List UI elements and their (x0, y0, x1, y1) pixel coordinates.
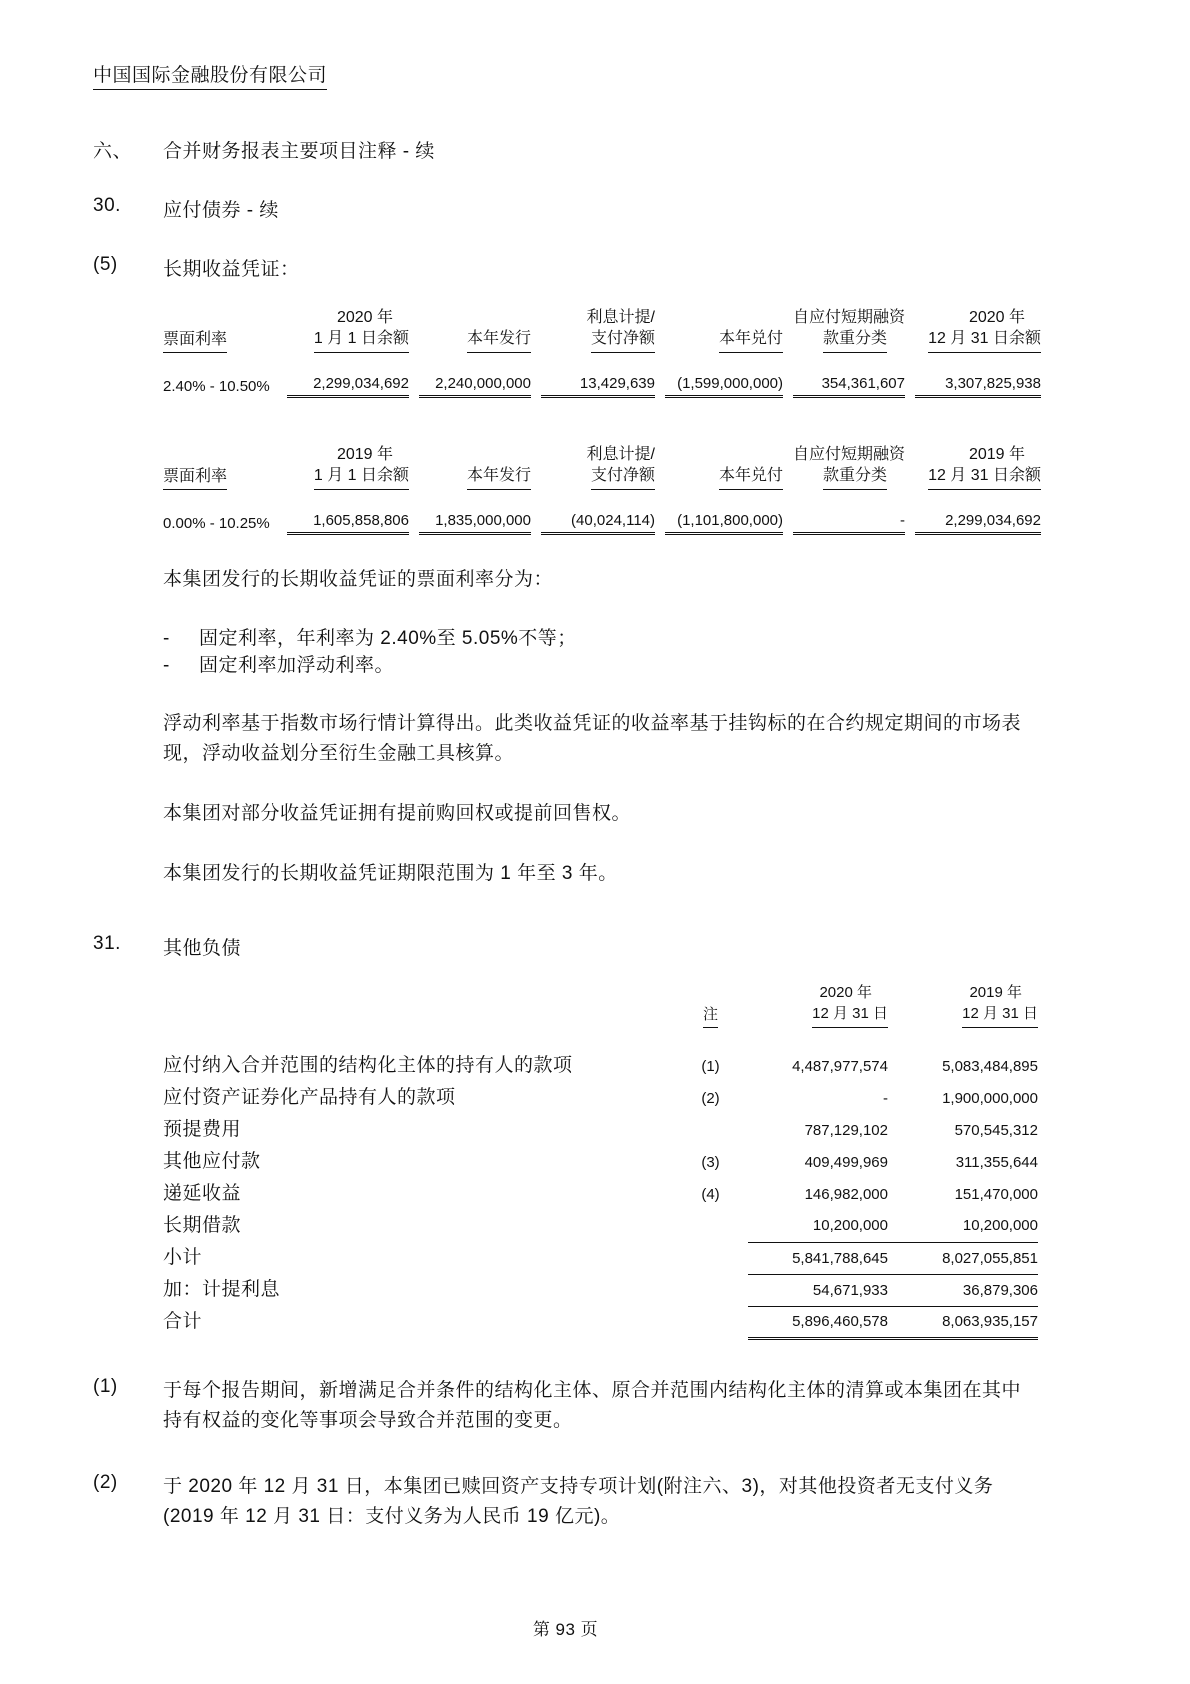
company-name: 中国国际金融股份有限公司 (93, 60, 327, 90)
closing-balance: 2,299,034,692 (915, 490, 1041, 535)
value-2020: 5,896,460,578 (748, 1306, 888, 1338)
value-2019: 8,027,055,851 (888, 1242, 1038, 1274)
row-note (673, 1306, 748, 1338)
footnote-2: (2) 于 2020 年 12 月 31 日，本集团已赎回资产支持专项计划(附注… (93, 1472, 1038, 1532)
value-2020: - (748, 1082, 888, 1114)
header-interest: 利息计提/ 支付净额 (541, 444, 655, 490)
reclassified: - (793, 490, 905, 535)
row-note: (3) (673, 1146, 748, 1178)
list-item: - 固定利率加浮动利率。 (163, 652, 1051, 679)
footnote-number: (2) (93, 1472, 163, 1532)
row-label: 小计 (163, 1242, 673, 1274)
reclassified: 354,361,607 (793, 353, 905, 398)
row-label: 应付资产证券化产品持有人的款项 (163, 1082, 673, 1114)
other-liabilities-table: 注 2020 年 12 月 31 日 2019 年 12 月 31 日 应付纳入 (163, 982, 1038, 1340)
header-issued: 本年发行 (419, 307, 531, 353)
footnote-1: (1) 于每个报告期间，新增满足合并条件的结构化主体、原合并范围内结构化主体的清… (93, 1376, 1038, 1436)
row-label: 加：计提利息 (163, 1274, 673, 1306)
row-label: 预提费用 (163, 1114, 673, 1146)
value-2019: 8,063,935,157 (888, 1306, 1038, 1338)
row-label: 其他应付款 (163, 1146, 673, 1178)
footnote-text: 于每个报告期间，新增满足合并条件的结构化主体、原合并范围内结构化主体的清算或本集… (163, 1376, 1038, 1436)
row-note: (2) (673, 1082, 748, 1114)
header-rate: 票面利率 (163, 307, 277, 353)
row-label: 应付纳入合并范围的结构化主体的持有人的款项 (163, 1050, 673, 1082)
dash-marker: - (163, 625, 199, 652)
value-2020: 409,499,969 (748, 1146, 888, 1178)
row-label: 长期借款 (163, 1210, 673, 1242)
lyc-2020-header-row: 票面利率 2020 年 1 月 1 日余额 本年发行 利息计提/ 支付净额 (163, 307, 1041, 353)
total-row: 合计 5,896,460,578 8,063,935,157 (163, 1306, 1038, 1338)
table-row: 递延收益 (4) 146,982,000 151,470,000 (163, 1178, 1038, 1210)
paragraph-repurchase: 本集团对部分收益凭证拥有提前购回权或提前回售权。 (163, 799, 1051, 829)
value-2020: 5,841,788,645 (748, 1242, 888, 1274)
value-2019: 5,083,484,895 (888, 1050, 1038, 1082)
value-2019: 1,900,000,000 (888, 1082, 1038, 1114)
lyc-2019-data-row: 0.00% - 10.25% 1,605,858,806 1,835,000,0… (163, 490, 1041, 535)
section-five: (5) 长期收益凭证： 票面利率 2020 年 1 月 1 日余额 (93, 254, 1038, 889)
header-reclass: 自应付短期融资 款重分类 (793, 307, 905, 353)
paragraph-term: 本集团发行的长期收益凭证期限范围为 1 年至 3 年。 (163, 859, 1051, 889)
value-2019: 36,879,306 (888, 1274, 1038, 1306)
row-label: 合计 (163, 1306, 673, 1338)
value-2019: 311,355,644 (888, 1146, 1038, 1178)
accrued-interest-row: 加：计提利息 54,671,933 36,879,306 (163, 1274, 1038, 1306)
value-2020: 10,200,000 (748, 1210, 888, 1242)
coupon-type-list: - 固定利率，年利率为 2.40%至 5.05%不等； - 固定利率加浮动利率。 (163, 625, 1051, 679)
other-liabilities-header-row: 注 2020 年 12 月 31 日 2019 年 12 月 31 日 (163, 982, 1038, 1050)
redeemed-this-year: (1,101,800,000) (665, 490, 783, 535)
section-six-number: 六、 (93, 136, 163, 163)
section-thirty-title: 应付债券 - 续 (163, 195, 1038, 222)
section-six: 六、 合并财务报表主要项目注释 - 续 (93, 136, 1038, 163)
header-opening: 2019 年 1 月 1 日余额 (287, 444, 409, 490)
row-note: (4) (673, 1178, 748, 1210)
lyc-2019-header-row: 票面利率 2019 年 1 月 1 日余额 本年发行 利息计提/ 支付净额 (163, 444, 1041, 490)
opening-balance: 2,299,034,692 (287, 353, 409, 398)
value-2020: 54,671,933 (748, 1274, 888, 1306)
table-row: 预提费用 787,129,102 570,545,312 (163, 1114, 1038, 1146)
header-empty (163, 982, 673, 1050)
header-reclass: 自应付短期融资 款重分类 (793, 444, 905, 490)
header-note: 注 (673, 982, 748, 1050)
issued-this-year: 2,240,000,000 (419, 353, 531, 398)
paragraph-coupon-intro: 本集团发行的长期收益凭证的票面利率分为： (163, 565, 1051, 595)
row-label: 递延收益 (163, 1178, 673, 1210)
document-page: 中国国际金融股份有限公司 六、 合并财务报表主要项目注释 - 续 30. 应付债… (0, 0, 1190, 1684)
table-row: 应付资产证券化产品持有人的款项 (2) - 1,900,000,000 (163, 1082, 1038, 1114)
section-thirtyone-number: 31. (93, 933, 163, 1340)
closing-balance: 3,307,825,938 (915, 353, 1041, 398)
subtotal-row: 小计 5,841,788,645 8,027,055,851 (163, 1242, 1038, 1274)
value-2020: 4,487,977,574 (748, 1050, 888, 1082)
redeemed-this-year: (1,599,000,000) (665, 353, 783, 398)
section-six-title: 合并财务报表主要项目注释 - 续 (163, 136, 1038, 163)
row-note (673, 1274, 748, 1306)
header-issued: 本年发行 (419, 444, 531, 490)
page-number: 第 93 页 (93, 1615, 1038, 1640)
section-thirty: 30. 应付债券 - 续 (93, 195, 1038, 222)
value-2020: 787,129,102 (748, 1114, 888, 1146)
table-row: 其他应付款 (3) 409,499,969 311,355,644 (163, 1146, 1038, 1178)
footnote-text: 于 2020 年 12 月 31 日，本集团已赎回资产支持专项计划(附注六、3)… (163, 1472, 1038, 1532)
section-thirtyone: 31. 其他负债 注 2020 年 12 月 31 日 (93, 933, 1038, 1340)
dash-marker: - (163, 652, 199, 679)
footnote-number: (1) (93, 1376, 163, 1436)
section-thirty-number: 30. (93, 195, 163, 222)
section-thirtyone-title: 其他负债 (163, 933, 1038, 960)
header-2020: 2020 年 12 月 31 日 (748, 982, 888, 1050)
value-2019: 570,545,312 (888, 1114, 1038, 1146)
value-2020: 146,982,000 (748, 1178, 888, 1210)
lyc-table-2019: 票面利率 2019 年 1 月 1 日余额 本年发行 利息计提/ 支付净额 (153, 444, 1051, 535)
value-2019: 151,470,000 (888, 1178, 1038, 1210)
row-note (673, 1210, 748, 1242)
header-redeemed: 本年兑付 (665, 444, 783, 490)
net-interest: (40,024,114) (541, 490, 655, 535)
header-opening: 2020 年 1 月 1 日余额 (287, 307, 409, 353)
list-item-text: 固定利率，年利率为 2.40%至 5.05%不等； (199, 625, 577, 652)
row-note (673, 1242, 748, 1274)
opening-balance: 1,605,858,806 (287, 490, 409, 535)
row-note (673, 1114, 748, 1146)
net-interest: 13,429,639 (541, 353, 655, 398)
lyc-table-2020: 票面利率 2020 年 1 月 1 日余额 本年发行 利息计提/ 支付净额 (153, 307, 1051, 398)
table-gap (163, 400, 1051, 418)
header-2019: 2019 年 12 月 31 日 (888, 982, 1038, 1050)
value-2019: 10,200,000 (888, 1210, 1038, 1242)
rate-range: 0.00% - 10.25% (163, 490, 277, 535)
header-interest: 利息计提/ 支付净额 (541, 307, 655, 353)
header-closing: 2020 年 12 月 31 日余额 (915, 307, 1041, 353)
list-item-text: 固定利率加浮动利率。 (199, 652, 394, 679)
row-note: (1) (673, 1050, 748, 1082)
header-redeemed: 本年兑付 (665, 307, 783, 353)
lyc-2020-data-row: 2.40% - 10.50% 2,299,034,692 2,240,000,0… (163, 353, 1041, 398)
list-item: - 固定利率，年利率为 2.40%至 5.05%不等； (163, 625, 1051, 652)
table-row: 应付纳入合并范围的结构化主体的持有人的款项 (1) 4,487,977,574 … (163, 1050, 1038, 1082)
header-closing: 2019 年 12 月 31 日余额 (915, 444, 1041, 490)
paragraph-floating-rate: 浮动利率基于指数市场行情计算得出。此类收益凭证的收益率基于挂钩标的在合约规定期间… (163, 709, 1051, 769)
rate-range: 2.40% - 10.50% (163, 353, 277, 398)
table-row: 长期借款 10,200,000 10,200,000 (163, 1210, 1038, 1242)
issued-this-year: 1,835,000,000 (419, 490, 531, 535)
section-five-title: 长期收益凭证： (163, 254, 1051, 281)
header-rate: 票面利率 (163, 444, 277, 490)
